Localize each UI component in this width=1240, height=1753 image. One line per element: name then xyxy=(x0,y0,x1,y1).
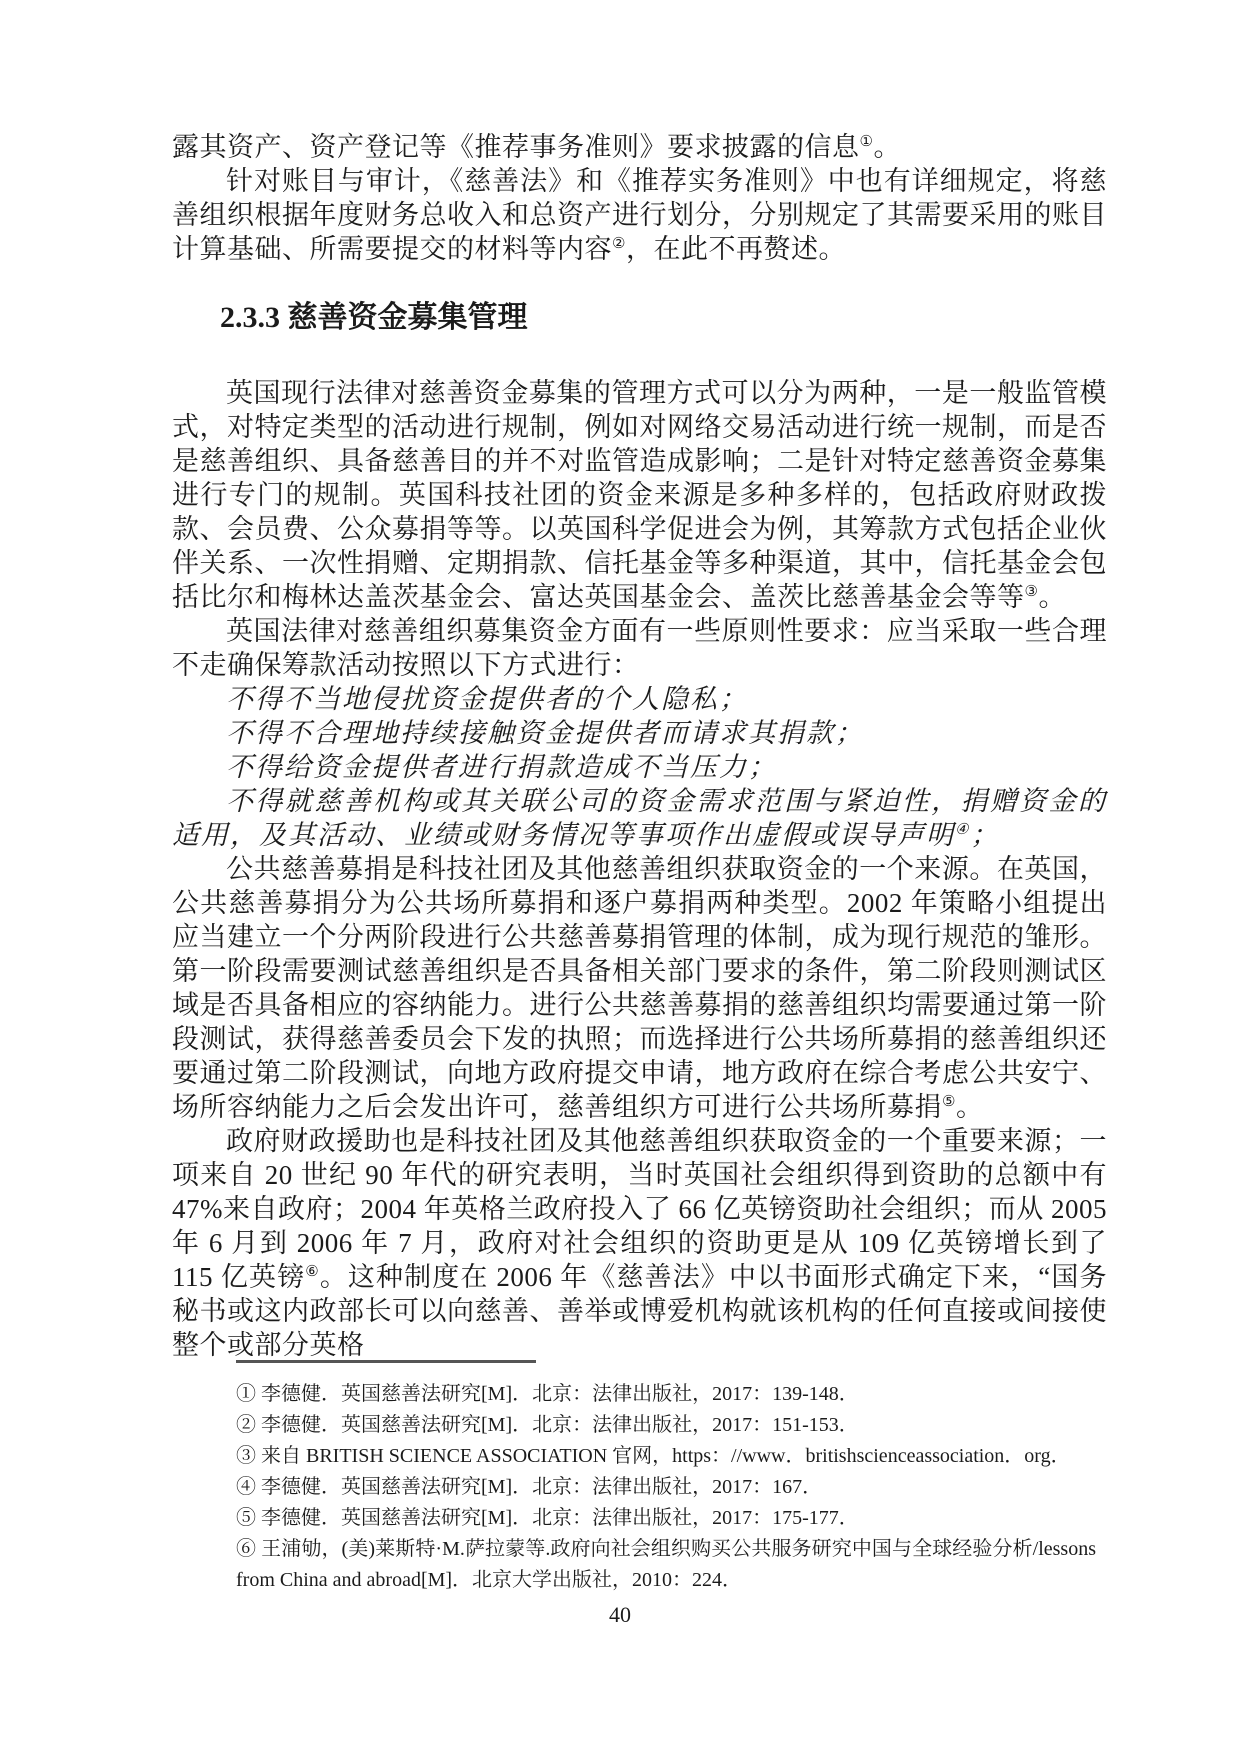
footnote-item-4: ④ 李德健．英国慈善法研究[M]．北京：法律出版社，2017：167． xyxy=(172,1472,1096,1503)
guideline-item-undue-pressure: 不得给资金提供者进行捐款造成不当压力； xyxy=(172,750,1107,784)
paragraph-continued-disclosure: 露其资产、资产登记等《推荐事务准则》要求披露的信息①。 xyxy=(172,130,1107,164)
page-number: 40 xyxy=(0,1602,1240,1628)
paragraph-government-funding: 政府财政援助也是科技社团及其他慈善组织获取资金的一个重要来源；一项来自 20 世… xyxy=(172,1124,1107,1362)
footnote-item-6: ⑥ 王浦劬，(美)莱斯特·M.萨拉蒙等.政府向社会组织购买公共服务研究中国与全球… xyxy=(172,1534,1096,1596)
footnote-section: ① 李德健．英国慈善法研究[M]．北京：法律出版社，2017：139-148． … xyxy=(172,1352,1122,1596)
paragraph-public-fundraising: 公共慈善募捐是科技社团及其他慈善组织获取资金的一个来源。在英国，公共慈善募捐分为… xyxy=(172,852,1107,1124)
paragraph-regulation-modes: 英国现行法律对慈善资金募集的管理方式可以分为两种，一是一般监管模式，对特定类型的… xyxy=(172,376,1107,614)
paragraph-principle-requirements: 英国法律对慈善组织募集资金方面有一些原则性要求：应当采取一些合理不走确保筹款活动… xyxy=(172,614,1107,682)
guideline-item-persistent-contact: 不得不合理地持续接触资金提供者而请求其捐款； xyxy=(172,716,1107,750)
section-heading: 2.3.3 慈善资金募集管理 xyxy=(172,298,1107,338)
guideline-item-privacy: 不得不当地侵扰资金提供者的个人隐私； xyxy=(172,682,1107,716)
paragraph-accounts-audit: 针对账目与审计，《慈善法》和《推荐实务准则》中也有详细规定，将慈善组织根据年度财… xyxy=(172,164,1107,266)
document-page: 露其资产、资产登记等《推荐事务准则》要求披露的信息①。 针对账目与审计，《慈善法… xyxy=(0,0,1240,1753)
footnote-separator xyxy=(236,1360,536,1363)
body-text-column: 露其资产、资产登记等《推荐事务准则》要求披露的信息①。 针对账目与审计，《慈善法… xyxy=(172,130,1107,1362)
footnote-item-1: ① 李德健．英国慈善法研究[M]．北京：法律出版社，2017：139-148． xyxy=(172,1379,1096,1410)
footnote-item-2: ② 李德健．英国慈善法研究[M]．北京：法律出版社，2017：151-153． xyxy=(172,1410,1096,1441)
footnote-item-3: ③ 来自 BRITISH SCIENCE ASSOCIATION 官网，http… xyxy=(172,1441,1096,1472)
footnote-item-5: ⑤ 李德健．英国慈善法研究[M]．北京：法律出版社，2017：175-177． xyxy=(172,1503,1096,1534)
guideline-item-misleading-statements: 不得就慈善机构或其关联公司的资金需求范围与紧迫性，捐赠资金的适用，及其活动、业绩… xyxy=(172,784,1107,852)
footnote-list: ① 李德健．英国慈善法研究[M]．北京：法律出版社，2017：139-148． … xyxy=(172,1379,1122,1596)
